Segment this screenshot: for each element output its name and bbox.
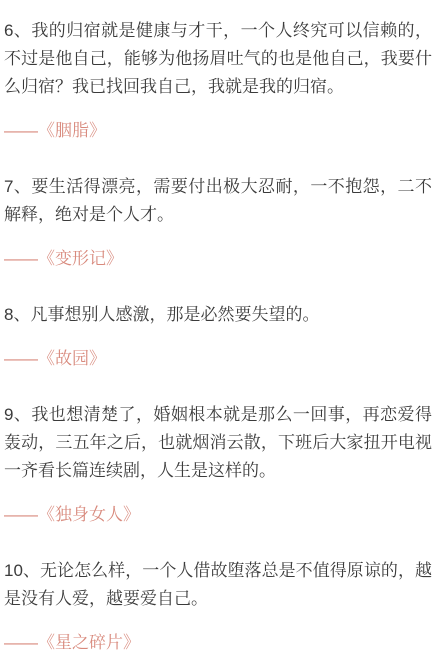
quote-source-label: ——《变形记》: [4, 245, 432, 273]
quote-text: 10、无论怎么样，一个人借故堕落总是不值得原谅的，越是没有人爱，越要爱自己。: [4, 557, 432, 613]
quote-source-label: ——《星之碎片》: [4, 629, 432, 657]
quote-item: 6、我的归宿就是健康与才干，一个人终究可以信赖的，不过是他自己，能够为他扬眉吐气…: [4, 17, 432, 145]
quote-text: 7、要生活得漂亮，需要付出极大忍耐，一不抱怨，二不解释，绝对是个人才。: [4, 173, 432, 229]
quote-text: 6、我的归宿就是健康与才干，一个人终究可以信赖的，不过是他自己，能够为他扬眉吐气…: [4, 17, 432, 101]
quote-source-label: ——《故园》: [4, 345, 432, 373]
quotes-page: 6、我的归宿就是健康与才干，一个人终究可以信赖的，不过是他自己，能够为他扬眉吐气…: [0, 0, 440, 665]
quote-item: 9、我也想清楚了，婚姻根本就是那么一回事，再恋爱得轰动，三五年之后，也就烟消云散…: [4, 401, 432, 529]
quote-item: 7、要生活得漂亮，需要付出极大忍耐，一不抱怨，二不解释，绝对是个人才。 ——《变…: [4, 173, 432, 273]
quote-source-label: ——《胭脂》: [4, 117, 432, 145]
quote-source-label: ——《独身女人》: [4, 501, 432, 529]
quote-item: 8、凡事想别人感激，那是必然要失望的。 ——《故园》: [4, 301, 432, 373]
quote-text: 9、我也想清楚了，婚姻根本就是那么一回事，再恋爱得轰动，三五年之后，也就烟消云散…: [4, 401, 432, 485]
quote-item: 10、无论怎么样，一个人借故堕落总是不值得原谅的，越是没有人爱，越要爱自己。 —…: [4, 557, 432, 657]
quote-text: 8、凡事想别人感激，那是必然要失望的。: [4, 301, 432, 329]
